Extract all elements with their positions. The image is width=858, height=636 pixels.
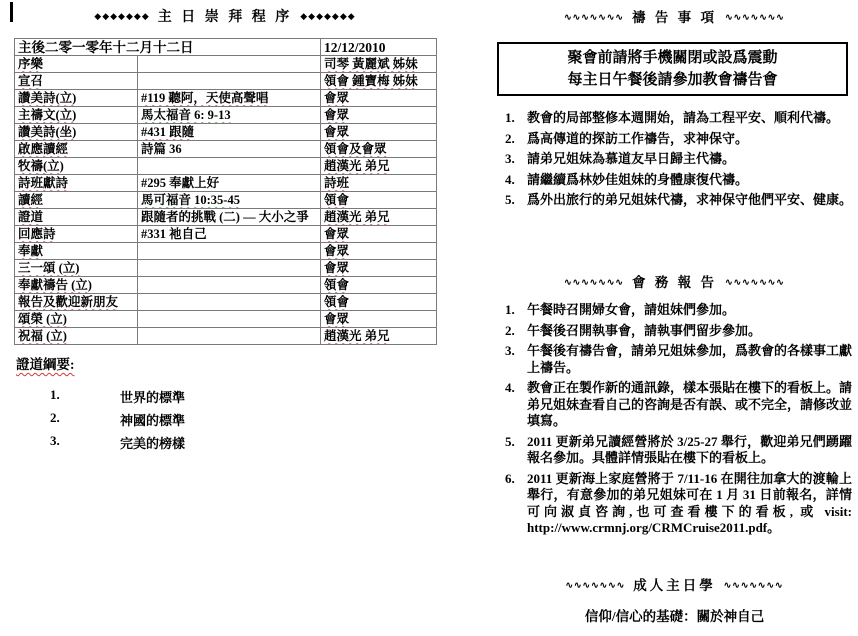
- program-item-cell: 讀經: [15, 192, 138, 209]
- list-item-text: 完美的榜樣: [120, 433, 436, 452]
- program-content-cell: #431 跟隨: [138, 124, 321, 141]
- prayer-title-line: ∿∿∿∿∿∿∿禱 告 事 項∿∿∿∿∿∿∿: [497, 6, 852, 26]
- program-leader-name: 會眾: [324, 261, 349, 275]
- program-content-text: #119 聽阿，天使高聲唱: [141, 91, 268, 105]
- scroll-ornament-icon: ∿∿∿∿∿∿∿: [565, 580, 625, 590]
- program-table-row: 頌榮 (立) 會眾: [15, 311, 437, 328]
- list-item-number: 4.: [505, 380, 527, 430]
- program-item-cell: 詩班獻詩: [15, 175, 138, 192]
- notice-line: 聚會前請將手機關閉或設爲震動: [499, 47, 846, 69]
- program-table-row: 祝福 (立) 趙漢光 弟兄: [15, 328, 437, 345]
- program-leader-cell: 司琴 黃麗斌 姊妹: [321, 56, 437, 73]
- date-value-cell: 12/12/2010: [321, 39, 437, 56]
- program-item-label: 頌榮 (立): [18, 312, 67, 326]
- sunday-school-title: 成人主日學: [633, 578, 716, 593]
- program-item-label: 宣召: [18, 74, 43, 88]
- list-item-number: 5.: [505, 191, 527, 209]
- list-item-text: 2011 更新海上家庭營將于 7/11-16 在開往加拿大的渡輪上舉行，有意參加…: [527, 471, 852, 537]
- list-item: 6. 2011 更新海上家庭營將于 7/11-16 在開往加拿大的渡輪上舉行，有…: [505, 471, 852, 537]
- program-content-text: 詩篇 36: [141, 142, 182, 156]
- program-content-cell: 詩篇 36: [138, 141, 321, 158]
- program-leader-cell: 領會: [321, 294, 437, 311]
- list-item: 4. 請繼續爲林妙佳姐妹的身體康復代禱。: [505, 171, 852, 189]
- program-item-cell: 序樂: [15, 56, 138, 73]
- program-content-cell: [138, 73, 321, 90]
- program-item-cell: 牧禱(立): [15, 158, 138, 175]
- program-leader-name: 領會: [324, 278, 349, 292]
- program-leader-cell: 趙漢光 弟兄: [321, 158, 437, 175]
- program-leader-name: 趙漢光 弟兄: [324, 329, 390, 343]
- program-content-text: #295 奉獻上好: [141, 176, 219, 190]
- program-leader-name: 領會: [324, 193, 349, 207]
- program-item-cell: 讚美詩(坐): [15, 124, 138, 141]
- list-item-number: 2.: [505, 323, 527, 340]
- program-leader-name: 會眾: [324, 108, 349, 122]
- list-item-number: 3.: [50, 433, 120, 452]
- program-leader-name: 領會 鍾寶梅 姊妹: [324, 74, 418, 88]
- program-table-row: 啟應讀經 詩篇 36 領會及會眾: [15, 141, 437, 158]
- list-item: 1. 世界的標準: [16, 387, 436, 406]
- program-leader-name: 趙漢光 弟兄: [324, 159, 390, 173]
- program-leader-name: 會眾: [324, 227, 349, 241]
- program-item-label: 牧禱(立): [18, 159, 64, 173]
- program-content-text: 跟隨者的挑戰 (二) — 大小之爭: [141, 210, 309, 224]
- chain-ornament-icon: ◆◆◆◆◆◆◆: [94, 11, 149, 21]
- date-label: 主後二零一零年十二月十二日: [18, 40, 194, 55]
- program-leader-name: 趙漢光 弟兄: [324, 210, 390, 224]
- program-table-row: 奉獻禱告 (立) 領會: [15, 277, 437, 294]
- scroll-ornament-icon: ∿∿∿∿∿∿∿: [725, 277, 785, 287]
- program-content-cell: [138, 294, 321, 311]
- sermon-outline-heading: 證道綱要:: [16, 353, 436, 373]
- list-item-text: 午餐後有禱告會，請弟兄姐妹參加，爲教會的各樣事工獻上禱告。: [527, 343, 852, 376]
- list-item: 2. 午餐後召開執事會，請執事們留步參加。: [505, 323, 852, 340]
- program-leader-cell: 趙漢光 弟兄: [321, 328, 437, 345]
- program-table-row: 主禱文(立) 馬太福音 6: 9-13 會眾: [15, 107, 437, 124]
- affairs-title: 會 務 報 告: [632, 275, 717, 290]
- program-item-cell: 主禱文(立): [15, 107, 138, 124]
- program-leader-cell: 領會 鍾寶梅 姊妹: [321, 73, 437, 90]
- list-item-text: 世界的標準: [120, 387, 436, 406]
- list-item-text: 神國的標準: [120, 410, 436, 429]
- program-item-label: 證道: [18, 210, 43, 224]
- program-leader-name: 領會及會眾: [324, 142, 387, 156]
- list-item: 2. 神國的標準: [16, 410, 436, 429]
- list-item-text: 教會正在製作新的通訊錄，樣本張貼在樓下的看板上。請弟兄姐妹查看自己的咨詢是否有誤…: [527, 380, 852, 430]
- program-leader-cell: 會眾: [321, 107, 437, 124]
- scroll-ornament-icon: ∿∿∿∿∿∿∿: [725, 12, 785, 22]
- affairs-list: 1. 午餐時召開婦女會，請姐妹們參加。 2. 午餐後召開執事會，請執事們留步參加…: [505, 302, 852, 541]
- program-leader-name: 詩班: [324, 176, 349, 190]
- program-table-row: 三一頌 (立) 會眾: [15, 260, 437, 277]
- church-bulletin-page: ◆◆◆◆◆◆◆主 日 崇 拜 程 序◆◆◆◆◆◆◆ 主後二零一零年十二月十二日 …: [0, 0, 858, 636]
- program-item-label: 奉獻: [18, 244, 43, 258]
- date-value: 12/12/2010: [324, 40, 386, 55]
- list-item: 4. 教會正在製作新的通訊錄，樣本張貼在樓下的看板上。請弟兄姐妹查看自己的咨詢是…: [505, 380, 852, 430]
- chain-ornament-icon: ◆◆◆◆◆◆◆: [300, 11, 355, 21]
- program-item-label: 讀經: [18, 193, 43, 207]
- program-leader-cell: 領會: [321, 192, 437, 209]
- list-item-number: 2.: [50, 410, 120, 429]
- program-title-line: ◆◆◆◆◆◆◆主 日 崇 拜 程 序◆◆◆◆◆◆◆: [14, 6, 436, 26]
- prayer-title: 禱 告 事 項: [632, 10, 717, 25]
- program-item-cell: 證道: [15, 209, 138, 226]
- program-content-text: #331 祂自己: [141, 227, 207, 241]
- program-leader-name: 會眾: [324, 91, 349, 105]
- program-item-cell: 報告及歡迎新朋友: [15, 294, 138, 311]
- list-item-number: 5.: [505, 434, 527, 467]
- list-item-number: 1.: [505, 302, 527, 319]
- program-table-row: 宣召 領會 鍾寶梅 姊妹: [15, 73, 437, 90]
- list-item: 5. 爲外出旅行的弟兄姐妹代禱，求神保守他們平安、健康。: [505, 191, 852, 209]
- program-table-row: 牧禱(立) 趙漢光 弟兄: [15, 158, 437, 175]
- program-leader-name: 領會: [324, 295, 349, 309]
- program-table-row: 序樂 司琴 黃麗斌 姊妹: [15, 56, 437, 73]
- list-item-text: 請繼續爲林妙佳姐妹的身體康復代禱。: [527, 171, 852, 189]
- date-label-cell: 主後二零一零年十二月十二日: [15, 39, 321, 56]
- program-content-cell: #295 奉獻上好: [138, 175, 321, 192]
- program-content-cell: 跟隨者的挑戰 (二) — 大小之爭: [138, 209, 321, 226]
- program-leader-cell: 詩班: [321, 175, 437, 192]
- program-item-label: 讚美詩(坐): [18, 125, 76, 139]
- program-leader-cell: 會眾: [321, 90, 437, 107]
- program-item-cell: 讚美詩(立): [15, 90, 138, 107]
- program-table-row: 讚美詩(坐) #431 跟隨 會眾: [15, 124, 437, 141]
- program-item-label: 三一頌 (立): [18, 261, 79, 275]
- program-leader-cell: 會眾: [321, 243, 437, 260]
- program-content-cell: 馬太福音 6: 9-13: [138, 107, 321, 124]
- list-item: 3. 完美的榜樣: [16, 433, 436, 452]
- scroll-ornament-icon: ∿∿∿∿∿∿∿: [564, 12, 624, 22]
- program-content-text: #431 跟隨: [141, 125, 194, 139]
- program-content-cell: [138, 260, 321, 277]
- program-content-cell: [138, 277, 321, 294]
- program-item-label: 讚美詩(立): [18, 91, 76, 105]
- program-item-cell: 奉獻: [15, 243, 138, 260]
- table-row-date: 主後二零一零年十二月十二日 12/12/2010: [15, 39, 437, 56]
- program-content-text: 馬可福音 10:35-45: [141, 193, 240, 207]
- text-cursor-mark: [10, 2, 13, 22]
- sermon-outline-list: 1. 世界的標準 2. 神國的標準 3. 完美的榜樣: [16, 387, 436, 452]
- program-table-row: 回應詩 #331 祂自己 會眾: [15, 226, 437, 243]
- program-content-cell: [138, 328, 321, 345]
- program-item-cell: 回應詩: [15, 226, 138, 243]
- affairs-title-line: ∿∿∿∿∿∿∿會 務 報 告∿∿∿∿∿∿∿: [497, 271, 852, 291]
- program-content-cell: [138, 243, 321, 260]
- scroll-ornament-icon: ∿∿∿∿∿∿∿: [564, 277, 624, 287]
- list-item: 2. 爲高傳道的探訪工作禱告，求神保守。: [505, 130, 852, 148]
- program-item-label: 奉獻禱告 (立): [18, 278, 92, 292]
- scroll-ornament-icon: ∿∿∿∿∿∿∿: [724, 580, 784, 590]
- program-item-label: 序樂: [18, 57, 43, 71]
- list-item-text: 教會的局部整修本週開始，請為工程平安、順利代禱。: [527, 109, 852, 127]
- program-leader-name: 會眾: [324, 244, 349, 258]
- program-table-row: 報告及歡迎新朋友 領會: [15, 294, 437, 311]
- program-item-cell: 宣召: [15, 73, 138, 90]
- list-item-number: 3.: [505, 150, 527, 168]
- program-table: 主後二零一零年十二月十二日 12/12/2010 序樂 司琴 黃麗斌 姊妹 宣召…: [14, 38, 437, 345]
- program-content-text: 馬太福音 6: 9-13: [141, 108, 231, 122]
- phone-notice-box: 聚會前請將手機關閉或設爲震動每主日午餐後請參加教會禱告會: [497, 42, 848, 96]
- list-item-number: 1.: [50, 387, 120, 406]
- list-item-text: 午餐後召開執事會，請執事們留步參加。: [527, 323, 852, 340]
- program-item-cell: 啟應讀經: [15, 141, 138, 158]
- program-item-label: 詩班獻詩: [18, 176, 68, 190]
- list-item-number: 2.: [505, 130, 527, 148]
- program-leader-cell: 會眾: [321, 124, 437, 141]
- program-content-cell: #331 祂自己: [138, 226, 321, 243]
- program-content-cell: [138, 158, 321, 175]
- program-leader-name: 司琴 黃麗斌 姊妹: [324, 57, 418, 71]
- sunday-school-title-line: ∿∿∿∿∿∿∿成人主日學∿∿∿∿∿∿∿: [497, 574, 852, 594]
- program-item-cell: 頌榮 (立): [15, 311, 138, 328]
- list-item-text: 爲外出旅行的弟兄姐妹代禱，求神保守他們平安、健康。: [527, 191, 852, 209]
- prayer-list: 1. 教會的局部整修本週開始，請為工程平安、順利代禱。 2. 爲高傳道的探訪工作…: [505, 109, 852, 212]
- list-item-number: 3.: [505, 343, 527, 376]
- program-title: 主 日 崇 拜 程 序: [158, 10, 293, 25]
- program-table-row: 證道 跟隨者的挑戰 (二) — 大小之爭 趙漢光 弟兄: [15, 209, 437, 226]
- program-leader-cell: 會眾: [321, 226, 437, 243]
- program-leader-cell: 會眾: [321, 311, 437, 328]
- list-item-number: 1.: [505, 109, 527, 127]
- program-leader-name: 會眾: [324, 312, 349, 326]
- program-table-row: 讚美詩(立) #119 聽阿，天使高聲唱 會眾: [15, 90, 437, 107]
- list-item: 3. 午餐後有禱告會，請弟兄姐妹參加，爲教會的各樣事工獻上禱告。: [505, 343, 852, 376]
- list-item-text: 2011 更新弟兄讀經營將於 3/25-27 舉行，歡迎弟兄們踴躍報名參加。具體…: [527, 434, 852, 467]
- list-item-text: 請弟兄姐妹為慕道友早日歸主代禱。: [527, 150, 852, 168]
- list-item: 1. 教會的局部整修本週開始，請為工程平安、順利代禱。: [505, 109, 852, 127]
- list-item-text: 午餐時召開婦女會，請姐妹們參加。: [527, 302, 852, 319]
- program-leader-cell: 會眾: [321, 260, 437, 277]
- program-item-cell: 祝福 (立): [15, 328, 138, 345]
- program-item-label: 回應詩: [18, 227, 56, 241]
- program-item-label: 祝福 (立): [18, 329, 67, 343]
- list-item-number: 4.: [505, 171, 527, 189]
- program-content-cell: #119 聽阿，天使高聲唱: [138, 90, 321, 107]
- program-leader-cell: 趙漢光 弟兄: [321, 209, 437, 226]
- program-leader-name: 會眾: [324, 125, 349, 139]
- sermon-outline: 證道綱要: 1. 世界的標準 2. 神國的標準 3. 完美的榜樣: [16, 353, 436, 456]
- program-table-row: 詩班獻詩 #295 奉獻上好 詩班: [15, 175, 437, 192]
- list-item-number: 6.: [505, 471, 527, 537]
- program-item-label: 主禱文(立): [18, 108, 76, 122]
- sunday-school-topic: 信仰/信心的基礎：關於神自己: [497, 605, 852, 625]
- list-item: 3. 請弟兄姐妹為慕道友早日歸主代禱。: [505, 150, 852, 168]
- program-content-cell: 馬可福音 10:35-45: [138, 192, 321, 209]
- program-leader-cell: 領會及會眾: [321, 141, 437, 158]
- program-content-cell: [138, 56, 321, 73]
- program-item-cell: 三一頌 (立): [15, 260, 138, 277]
- program-leader-cell: 領會: [321, 277, 437, 294]
- list-item: 1. 午餐時召開婦女會，請姐妹們參加。: [505, 302, 852, 319]
- program-table-row: 奉獻 會眾: [15, 243, 437, 260]
- program-content-cell: [138, 311, 321, 328]
- program-item-label: 啟應讀經: [18, 142, 68, 156]
- notice-line: 每主日午餐後請參加教會禱告會: [499, 69, 846, 91]
- list-item: 5. 2011 更新弟兄讀經營將於 3/25-27 舉行，歡迎弟兄們踴躍報名參加…: [505, 434, 852, 467]
- program-item-cell: 奉獻禱告 (立): [15, 277, 138, 294]
- program-table-row: 讀經 馬可福音 10:35-45 領會: [15, 192, 437, 209]
- program-item-label: 報告及歡迎新朋友: [18, 295, 118, 309]
- list-item-text: 爲高傳道的探訪工作禱告，求神保守。: [527, 130, 852, 148]
